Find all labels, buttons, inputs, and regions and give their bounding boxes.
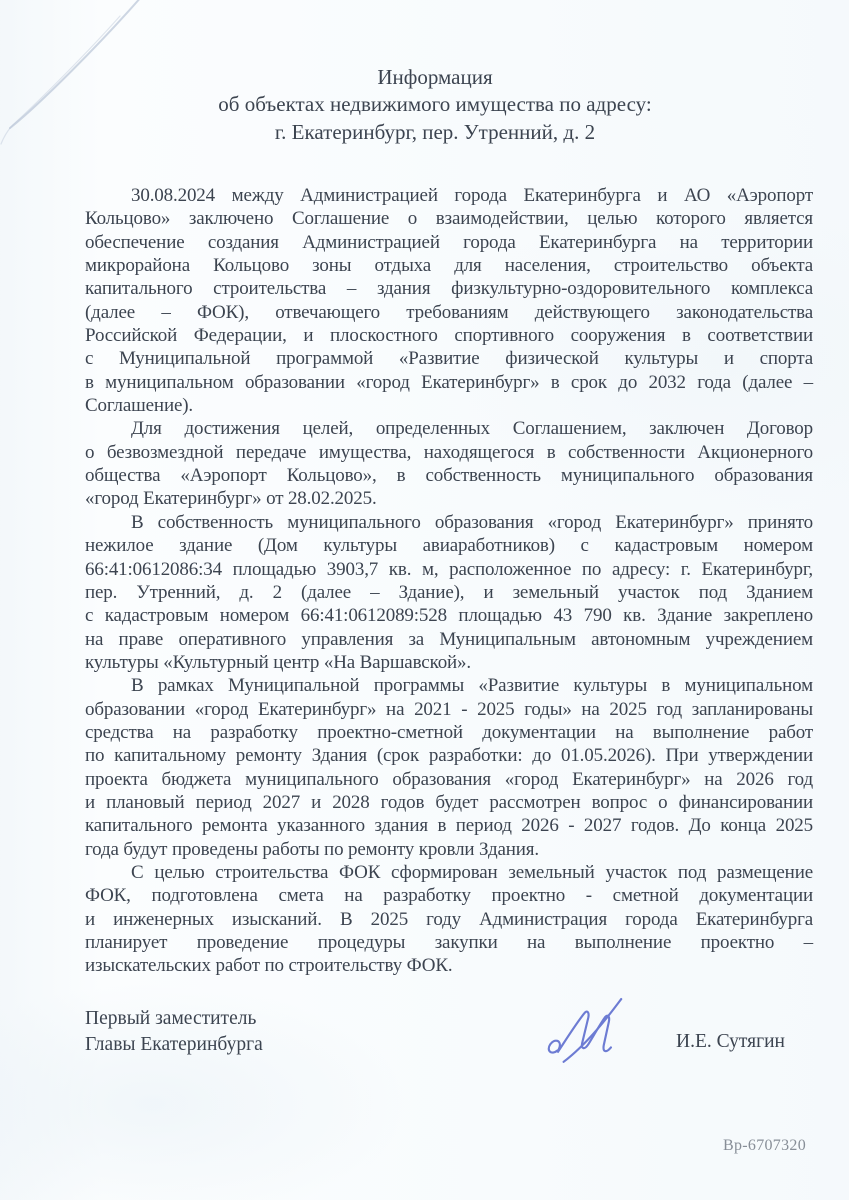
body-text-line: микрорайона Кольцово зоны отдыха для нас… bbox=[85, 254, 813, 277]
body-text-line: Российской Федерации, и плоскостного спо… bbox=[85, 324, 813, 347]
signatory-name: И.Е. Сутягин bbox=[676, 1031, 785, 1053]
body-text-line: по капитальному ремонту Здания (срок раз… bbox=[85, 744, 813, 767]
body-text-line: с кадастровым номером 66:41:0612089:528 … bbox=[85, 604, 813, 627]
body-text-line: ФОК, подготовлена смета на разработку пр… bbox=[85, 884, 813, 907]
body-text-line: Соглашение). bbox=[85, 394, 813, 417]
body-text-line: о безвозмездной передаче имущества, нахо… bbox=[85, 441, 813, 464]
body-text-line: и инженерных изысканий. В 2025 году Адми… bbox=[85, 908, 813, 931]
body-text-line: В рамках Муниципальной программы «Развит… bbox=[85, 674, 813, 697]
body-text-line: (далее – ФОК), отвечающего требованиям д… bbox=[85, 301, 813, 324]
body-text-line: капитального строительства – здания физк… bbox=[85, 277, 813, 300]
document-body: 30.08.2024 между Администрацией города Е… bbox=[85, 184, 813, 978]
body-text-line: образовании «город Екатеринбург» на 2021… bbox=[85, 698, 813, 721]
body-text-line: капитального ремонта указанного здания в… bbox=[85, 814, 813, 837]
body-text-line: Для достижения целей, определенных Согла… bbox=[85, 417, 813, 440]
body-text-line: С целью строительства ФОК сформирован зе… bbox=[85, 861, 813, 884]
body-text-line: культуры «Культурный центр «На Варшавско… bbox=[85, 651, 813, 674]
scanned-document-page: Информация об объектах недвижимого имуще… bbox=[0, 0, 849, 1200]
body-text-line: «город Екатеринбург» от 28.02.2025. bbox=[85, 487, 813, 510]
body-text-line: в муниципальном образовании «город Екате… bbox=[85, 371, 813, 394]
body-text-line: пер. Утренний, д. 2 (далее – Здание), и … bbox=[85, 581, 813, 604]
body-text-line: на праве оперативного управления за Муни… bbox=[85, 628, 813, 651]
body-text-line: обеспечение создания Администрацией горо… bbox=[85, 231, 813, 254]
body-text-line: планирует проведение процедуры закупки н… bbox=[85, 931, 813, 954]
signatory-position: Первый заместитель Главы Екатеринбурга bbox=[85, 1006, 263, 1058]
body-text-line: нежилое здание (Дом культуры авиаработни… bbox=[85, 534, 813, 557]
title-line-3: г. Екатеринбург, пер. Утренний, д. 2 bbox=[85, 119, 785, 146]
document-number: Вр-6707320 bbox=[723, 1137, 806, 1155]
signatory-position-line-2: Главы Екатеринбурга bbox=[85, 1032, 263, 1058]
handwritten-signature bbox=[543, 997, 648, 1069]
body-text-line: проекта бюджета муниципального образован… bbox=[85, 768, 813, 791]
body-text-line: общества «Аэропорт Кольцово», в собствен… bbox=[85, 464, 813, 487]
body-text-line: года будут проведены работы по ремонту к… bbox=[85, 838, 813, 861]
body-text-line: 66:41:0612086:34 площадью 3903,7 кв. м, … bbox=[85, 558, 813, 581]
signatory-position-line-1: Первый заместитель bbox=[85, 1006, 263, 1032]
title-line-1: Информация bbox=[85, 64, 785, 91]
body-text-line: средства на разработку проектно-сметной … bbox=[85, 721, 813, 744]
body-text-line: Кольцово» заключено Соглашение о взаимод… bbox=[85, 207, 813, 230]
body-text-line: В собственность муниципального образован… bbox=[85, 511, 813, 534]
body-text-line: с Муниципальной программой «Развитие физ… bbox=[85, 347, 813, 370]
body-text-line: изыскательских работ по строительству ФО… bbox=[85, 954, 813, 977]
body-text-line: и плановый период 2027 и 2028 годов буде… bbox=[85, 791, 813, 814]
title-line-2: об объектах недвижимого имущества по адр… bbox=[85, 91, 785, 118]
document-title: Информация об объектах недвижимого имуще… bbox=[85, 64, 785, 146]
body-text-line: 30.08.2024 между Администрацией города Е… bbox=[85, 184, 813, 207]
